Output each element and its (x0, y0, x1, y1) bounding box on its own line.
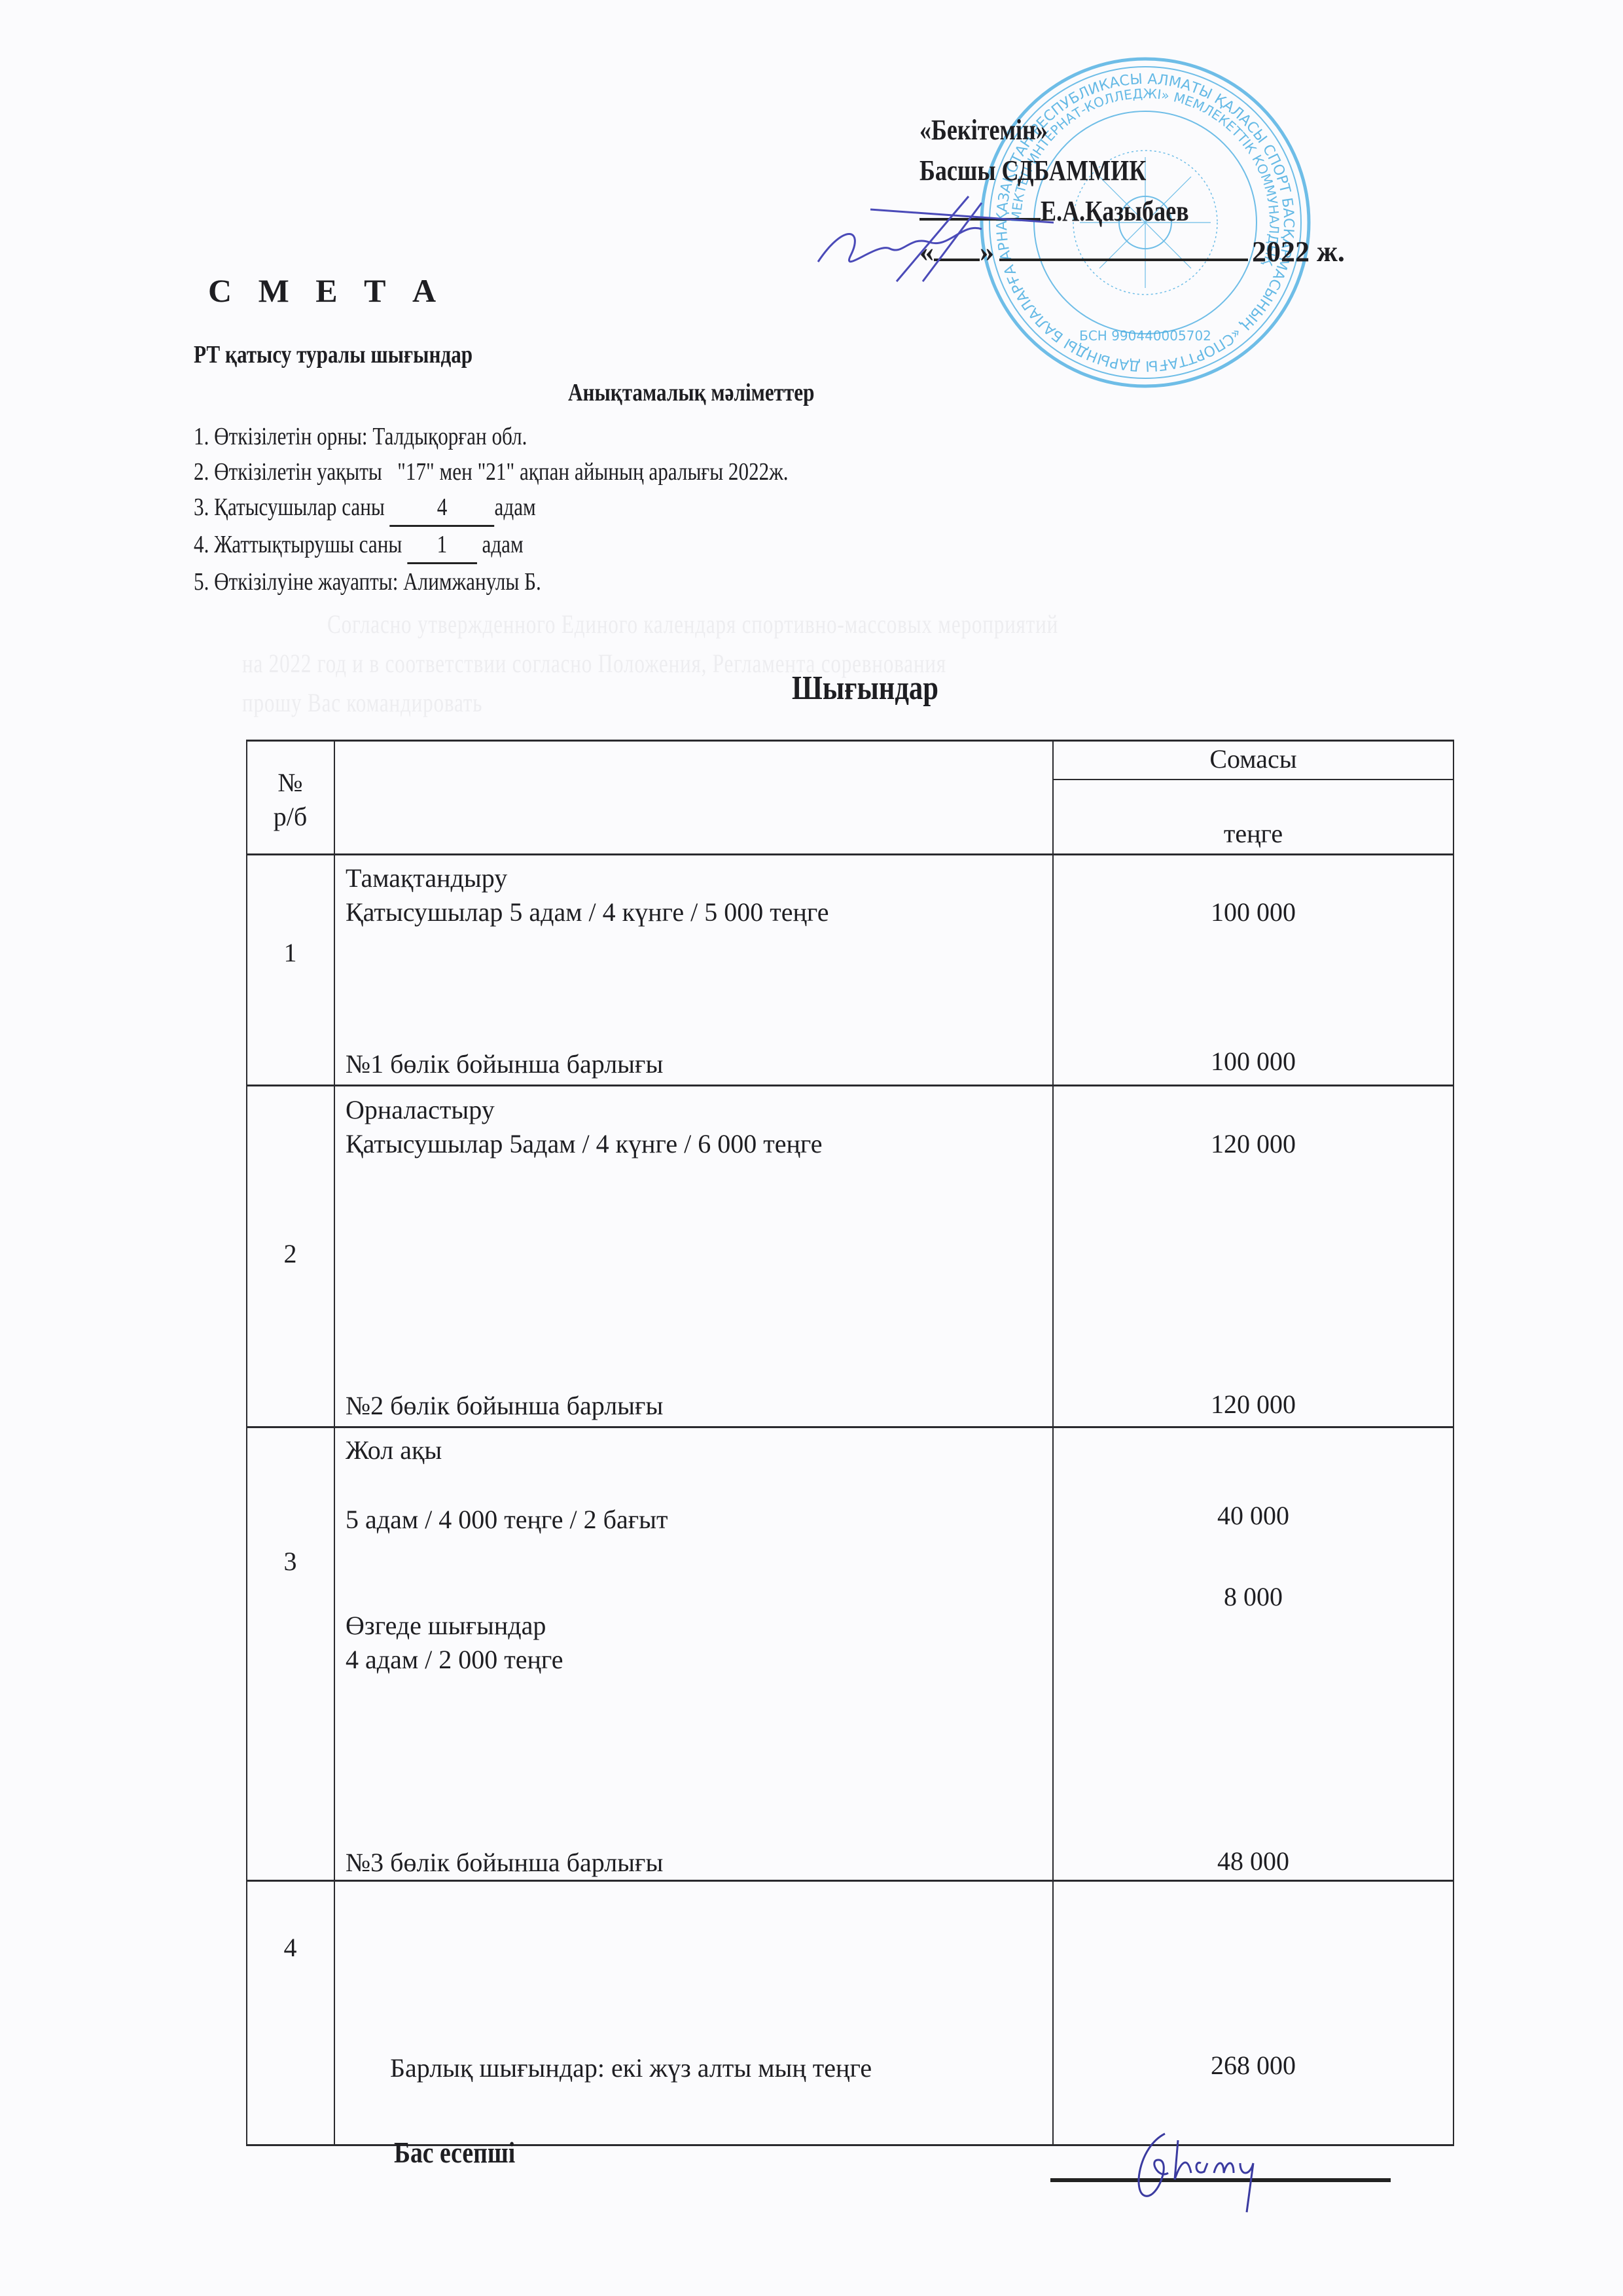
info-responsible: 5. Өткізілуіне жауапты: Алимжанулы Б. (194, 564, 789, 600)
header-amount: Сомасы (1054, 742, 1453, 776)
grand-total-label: Барлық шығындар: екі жүз алты мың теңге (390, 2051, 872, 2085)
info-place: 1. Өткізілетін орны: Талдықорған обл. (194, 419, 789, 454)
row-detail-amount: 40 000 (1054, 1499, 1453, 1533)
row-title: Орналастыру (346, 1093, 495, 1127)
row-title: Тамақтандыру (346, 861, 507, 895)
grand-total: 268 000 (1054, 2049, 1453, 2083)
row-subtotal: 100 000 (1054, 1045, 1453, 1079)
document-subtitle: РТ қатысу туралы шығындар (194, 340, 534, 369)
row-subtotal-label: №3 бөлік бойынша барлығы (346, 1846, 663, 1880)
row-detail: Қатысушылар 5адам / 4 күнге / 6 000 теңг… (346, 1127, 823, 1161)
row-number: 3 (246, 1545, 334, 1579)
approval-year: 2022 ж. (1252, 236, 1345, 268)
row-number: 1 (246, 936, 334, 970)
bleed-through-text: Согласно утвержденного Единого календаря… (327, 609, 1058, 639)
row-number: 2 (246, 1237, 334, 1271)
header-currency: теңге (1054, 817, 1453, 851)
row-extra-title: Өзгеде шығындар (346, 1609, 546, 1643)
row-subtotal: 120 000 (1054, 1388, 1453, 1422)
info-time: 2. Өткізілетін уақыты "17" мен "21" ақпа… (194, 454, 789, 490)
reference-info: 1. Өткізілетін орны: Талдықорған обл. 2.… (194, 419, 919, 600)
bleed-through-text: прошу Вас командировать (242, 687, 482, 718)
row-number: 4 (246, 1931, 334, 1965)
info-coaches: 4. Жаттықтырушы саны 1 адам (194, 527, 789, 564)
row-detail-amount: 120 000 (1054, 1127, 1453, 1161)
info-participants: 3. Қатысушылар саны 4адам (194, 490, 789, 527)
reference-heading: Анықтамалық мәліметтер (568, 378, 868, 407)
row-subtotal-label: №1 бөлік бойынша барлығы (346, 1047, 663, 1081)
row-title: Жол ақы (346, 1433, 442, 1467)
approver-signature (805, 183, 1080, 288)
header-number: №р/б (246, 766, 334, 834)
chief-accountant-label: Бас есепші (394, 2135, 542, 2170)
approval-label: «Бекітемін» (919, 110, 1048, 151)
row-subtotal: 48 000 (1054, 1844, 1453, 1878)
svg-text:БСН 990440005702: БСН 990440005702 (1079, 328, 1211, 344)
row-extra-amount: 8 000 (1054, 1580, 1453, 1614)
row-detail: 5 адам / 4 000 теңге / 2 бағыт (346, 1503, 668, 1537)
row-extra-detail: 4 адам / 2 000 теңге (346, 1643, 563, 1677)
expenses-table: №р/б Сомасы теңге 1 Тамақтандыру Қатысуш… (246, 740, 1454, 2145)
row-detail: Қатысушылар 5 адам / 4 күнге / 5 000 тең… (346, 895, 829, 929)
row-subtotal-label: №2 бөлік бойынша барлығы (346, 1389, 663, 1423)
expenses-heading: Шығындар (792, 669, 971, 708)
accountant-signature (1126, 2121, 1296, 2219)
row-detail-amount: 100 000 (1054, 895, 1453, 929)
document-title: С М Е Т А (208, 272, 445, 310)
